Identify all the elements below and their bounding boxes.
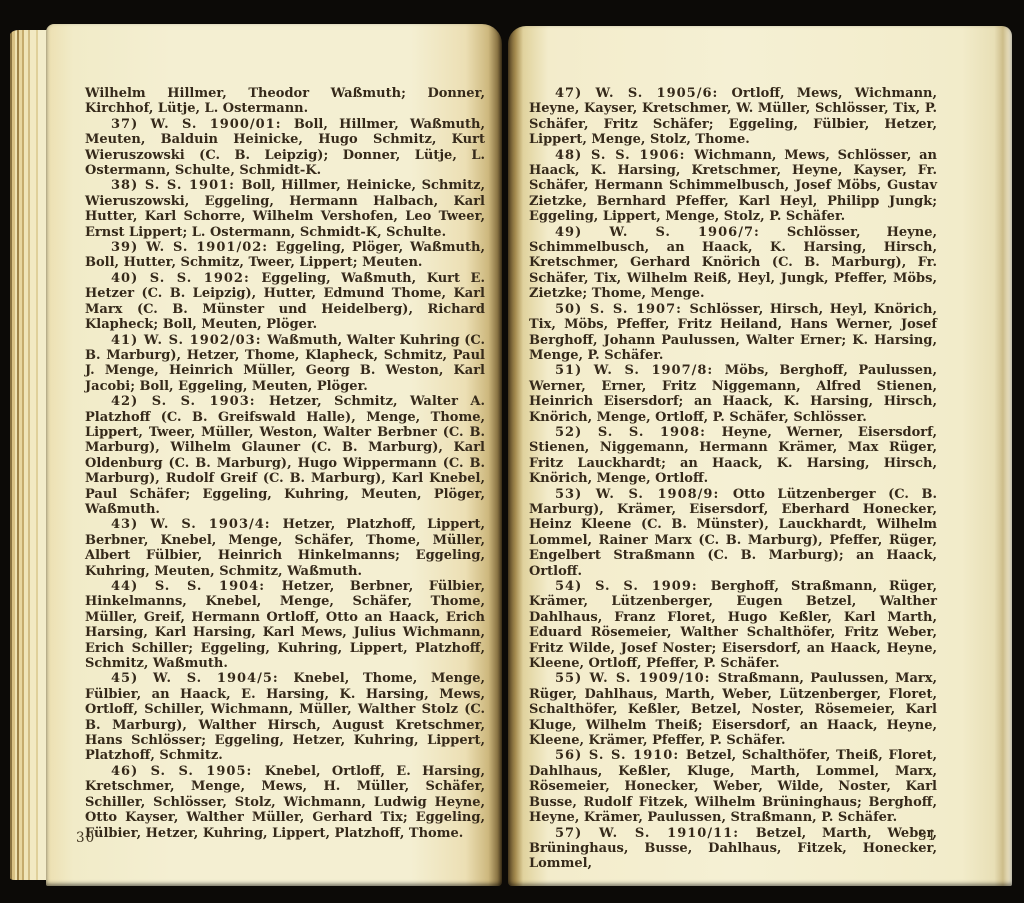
entry-paragraph: 37) W. S. 1900/01: Boll, Hillmer, Waßmut… (85, 117, 485, 179)
entry-paragraph: 45) W. S. 1904/5: Knebel, Thome, Menge, … (85, 671, 485, 763)
right-page-text: 47) W. S. 1905/6: Ortloff, Mews, Wichman… (529, 86, 937, 872)
entry-prefix: 38) S. S. 1901: (111, 178, 242, 193)
entry-paragraph: 43) W. S. 1903/4: Hetzer, Platzhoff, Lip… (85, 517, 485, 579)
entry-paragraph: 56) S. S. 1910: Betzel, Schalthöfer, The… (529, 748, 937, 825)
entry-prefix: 54) S. S. 1909: (555, 579, 711, 594)
book-spread-photo: Wilhelm Hillmer, Theodor Waßmuth; Donner… (0, 0, 1024, 903)
right-page: 47) W. S. 1905/6: Ortloff, Mews, Wichman… (508, 26, 1012, 886)
page-number-left: 30 (76, 830, 95, 846)
entry-prefix: 52) S. S. 1908: (555, 425, 722, 440)
entry-prefix: 46) S. S. 1905: (111, 764, 265, 779)
entry-paragraph: 39) W. S. 1901/02: Eggeling, Plöger, Waß… (85, 240, 485, 271)
entry-prefix: 45) W. S. 1904/5: (111, 671, 293, 686)
entry-paragraph: 41) W. S. 1902/03: Waßmuth, Walter Kuhri… (85, 333, 485, 395)
entry-paragraph: 51) W. S. 1907/8: Möbs, Berghoff, Paulus… (529, 363, 937, 425)
entry-paragraph: 53) W. S. 1908/9: Otto Lützenberger (C. … (529, 487, 937, 579)
entry-prefix: 56) S. S. 1910: (555, 748, 686, 763)
entry-paragraph: 48) S. S. 1906: Wichmann, Mews, Schlösse… (529, 148, 937, 225)
left-page: Wilhelm Hillmer, Theodor Waßmuth; Donner… (46, 24, 502, 886)
entry-prefix: 51) W. S. 1907/8: (555, 363, 725, 378)
entry-prefix: 41) W. S. 1902/03: (111, 333, 267, 348)
entry-prefix: 53) W. S. 1908/9: (555, 487, 733, 502)
entry-paragraph: 46) S. S. 1905: Knebel, Ortloff, E. Hars… (85, 764, 485, 841)
entry-prefix: 44) S. S. 1904: (111, 579, 282, 594)
entry-paragraph: Wilhelm Hillmer, Theodor Waßmuth; Donner… (85, 86, 485, 117)
entry-prefix: 49) W. S. 1906/7: (555, 225, 787, 240)
entry-prefix: 48) S. S. 1906: (555, 148, 694, 163)
entry-prefix: 37) W. S. 1900/01: (111, 117, 294, 132)
entry-prefix: 43) W. S. 1903/4: (111, 517, 283, 532)
entry-prefix: 47) W. S. 1905/6: (555, 86, 732, 101)
entry-paragraph: 44) S. S. 1904: Hetzer, Berbner, Fülbier… (85, 579, 485, 671)
entry-prefix: 55) W. S. 1909/10: (555, 671, 718, 686)
entry-paragraph: 55) W. S. 1909/10: Straßmann, Paulussen,… (529, 671, 937, 748)
entry-paragraph: 52) S. S. 1908: Heyne, Werner, Eisersdor… (529, 425, 937, 487)
page-number-right: 31 (529, 828, 937, 844)
entry-paragraph: 40) S. S. 1902: Eggeling, Waßmuth, Kurt … (85, 271, 485, 333)
entry-paragraph: 38) S. S. 1901: Boll, Hillmer, Heinicke,… (85, 178, 485, 240)
entry-prefix: 40) S. S. 1902: (111, 271, 261, 286)
left-page-text: Wilhelm Hillmer, Theodor Waßmuth; Donner… (85, 86, 485, 841)
entry-paragraph: 50) S. S. 1907: Schlösser, Hirsch, Heyl,… (529, 302, 937, 364)
entry-paragraph: 42) S. S. 1903: Hetzer, Schmitz, Walter … (85, 394, 485, 517)
entry-prefix: 42) S. S. 1903: (111, 394, 269, 409)
entry-prefix: 39) W. S. 1901/02: (111, 240, 276, 255)
entry-paragraph: 47) W. S. 1905/6: Ortloff, Mews, Wichman… (529, 86, 937, 148)
entry-paragraph: 54) S. S. 1909: Berghoff, Straßmann, Rüg… (529, 579, 937, 671)
entry-prefix: 50) S. S. 1907: (555, 302, 690, 317)
entry-paragraph: 49) W. S. 1906/7: Schlösser, Heyne, Schi… (529, 225, 937, 302)
